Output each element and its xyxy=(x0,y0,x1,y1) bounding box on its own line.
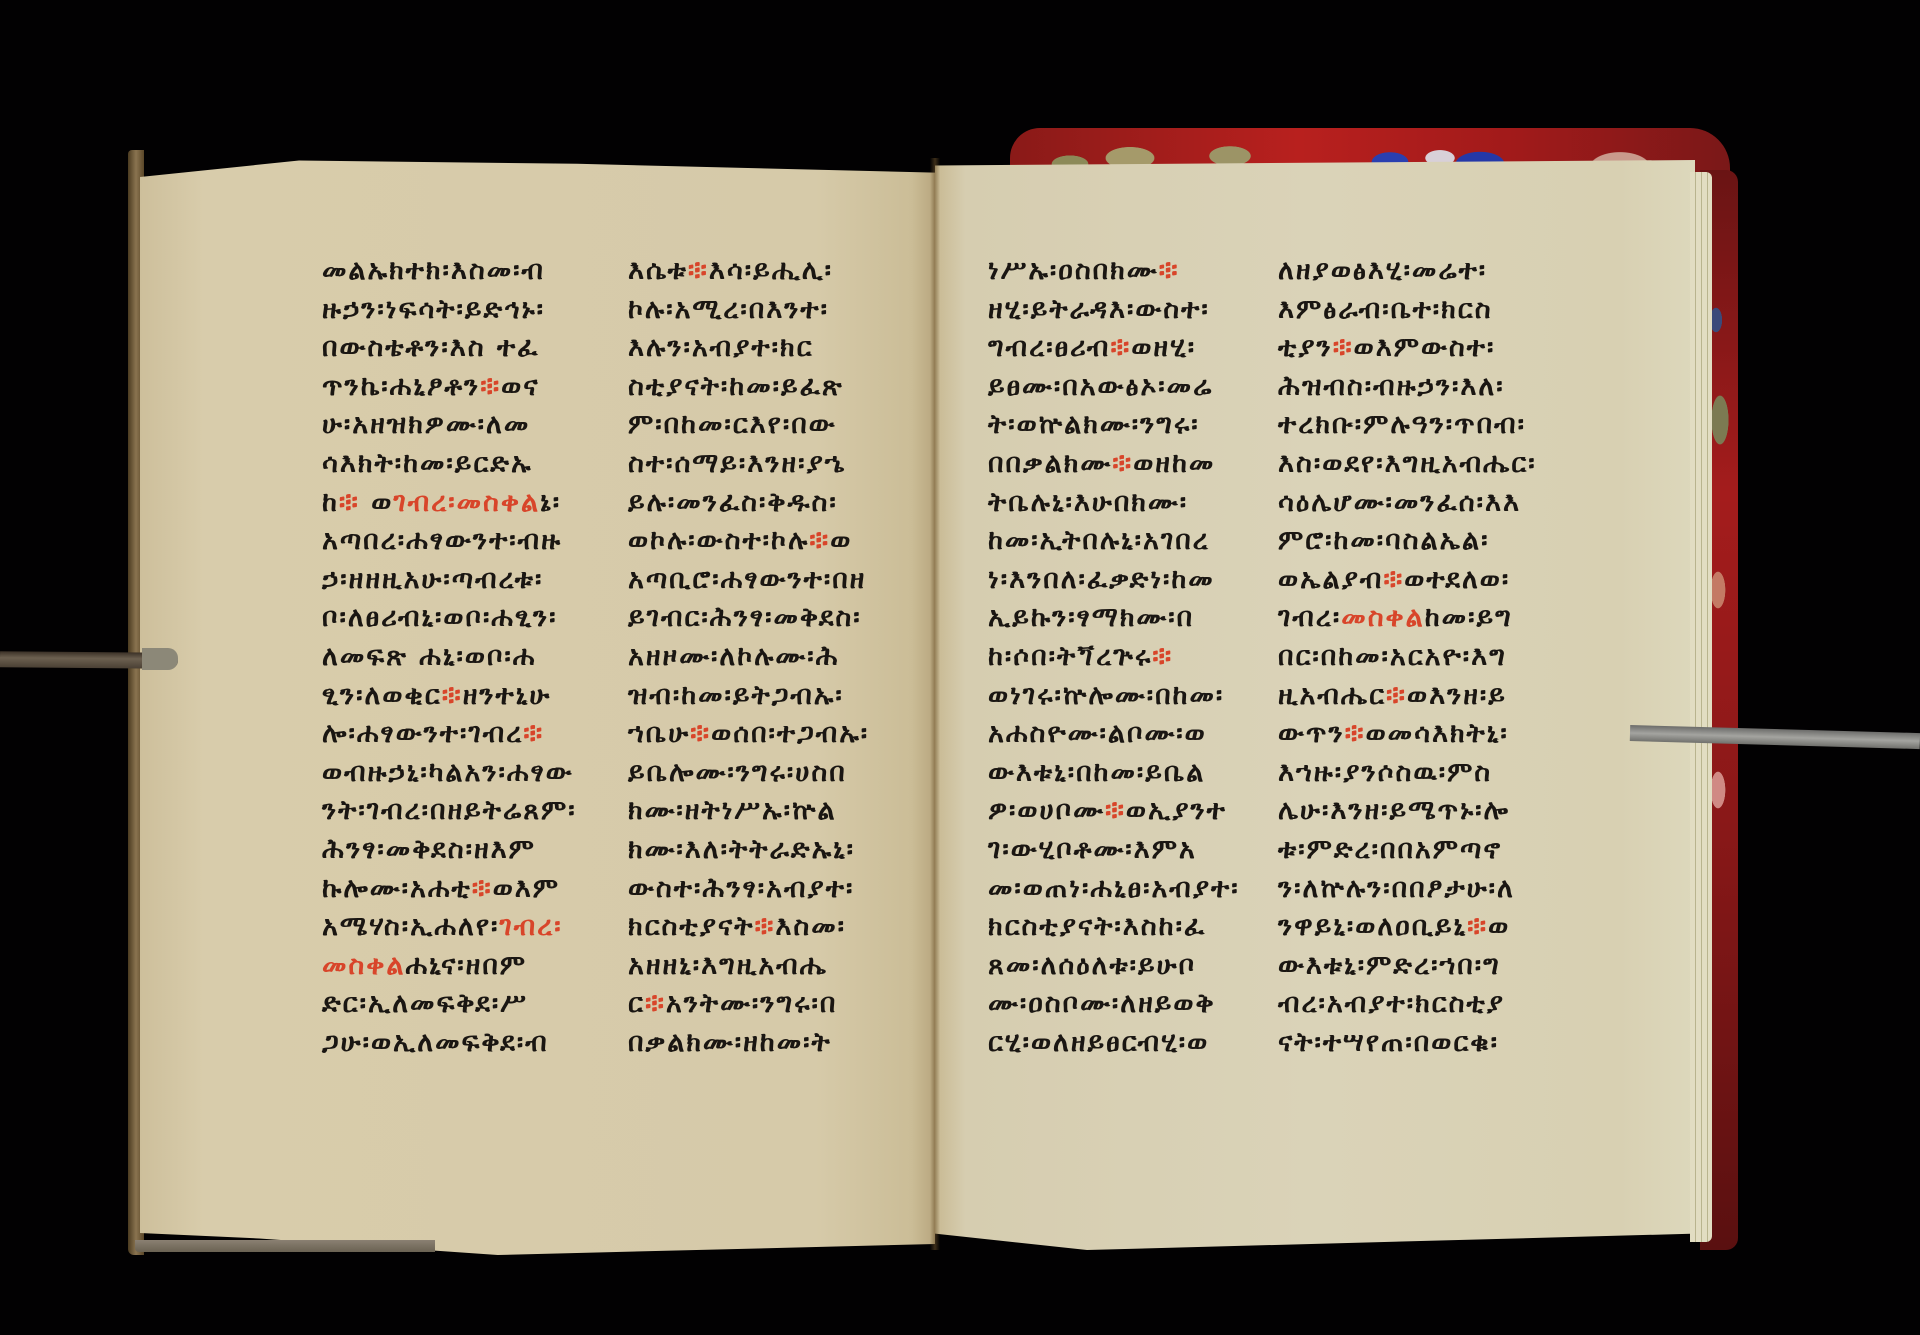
line-text: ወነገሩ፡ኵሎሙ፡በከመ፡ xyxy=(988,680,1224,711)
line-text-after: ወእም xyxy=(493,873,560,904)
line-text: ስቲያናት፡ከመ፡ይፈጽ xyxy=(628,371,844,402)
manuscript-line: ገ፡ውሂቦቶሙ፡እምአ xyxy=(988,831,1240,870)
manuscript-line: ተረክቡ፡ምሉዓን፡ጥበብ፡ xyxy=(1278,406,1537,445)
manuscript-line: ወኮሉ፡ውስተ፡ኮሉ፨ወ xyxy=(628,522,869,561)
line-text: ክሙ፡ዘትነሥኡ፡ኵል xyxy=(628,795,837,826)
manuscript-line: ይሉ፡መንፈስ፡ቅዱስ፡ xyxy=(628,484,869,523)
line-text: ሁ፡አዘዝክዎሙ፡ለመ xyxy=(322,409,530,440)
manuscript-line: አጣበረ፡ሐፃውንተ፡ብዙ xyxy=(322,522,577,561)
line-text-tail: ከመ፡ይግ xyxy=(1425,602,1513,633)
rubric-text: ገብረ፡ xyxy=(499,911,562,942)
line-text: ለዘያወፅእሂ፡መሬተ፡ xyxy=(1278,255,1487,286)
line-text: ጥንኬ፡ሐኒፆቶን xyxy=(322,371,480,402)
line-text: ር xyxy=(628,988,645,1019)
manuscript-line: ጋሁ፡ወኢለመፍቅደ፡ብ xyxy=(322,1024,577,1063)
line-text: አሜሃስ፡ኢሐለየ፡ xyxy=(322,911,499,942)
line-text: ጋሁ፡ወኢለመፍቅደ፡ብ xyxy=(322,1027,549,1058)
manuscript-line: ውስተ፡ሕንፃ፡አብያተ፡ xyxy=(628,870,869,909)
manuscript-line: መ፡ወጠነ፡ሐኒፀ፡አብያተ፡ xyxy=(988,870,1240,909)
punctuation-ornament-icon: ፨ xyxy=(1383,564,1404,595)
line-text: ሙ፡ዐስቦሙ፡ለዘይወቅ xyxy=(988,988,1216,1019)
line-text: በቃልክሙ፡ዘከመ፡ት xyxy=(628,1027,832,1058)
punctuation-ornament-icon: ፨ xyxy=(1345,718,1366,749)
manuscript-line: ክርስቲያናት፡እስከ፡ፈ xyxy=(988,908,1240,947)
line-text: ሌሁ፡እንዘ፡ይሜጥኑ፡ሎ xyxy=(1278,795,1510,826)
line-text: ቲያን xyxy=(1278,332,1333,363)
line-text: በውስቴቶን፡እስ ተፈ xyxy=(322,332,540,363)
manuscript-line: ቦ፡ለፀሪብኒ፡ወቦ፡ሐፂን፡ xyxy=(322,599,577,638)
line-text-after: ወኢያንተ xyxy=(1126,795,1227,826)
manuscript-line: ሙ፡ዐስቦሙ፡ለዘይወቅ xyxy=(988,985,1240,1024)
line-text: ጸመ፡ለሰዕለቱ፡ይሁቦ xyxy=(988,950,1196,981)
line-text: ሳዕሌሆሙ፡መንፈሰ፡እእ xyxy=(1278,487,1521,518)
line-text: ነሥኡ፡ዐስበክሙ xyxy=(988,255,1159,286)
manuscript-line: አዘዘኒ፡እግዚአብሔ xyxy=(628,947,869,986)
line-text: ይቤሎሙ፡ንግሩ፡ሀስበ xyxy=(628,757,847,788)
punctuation-ornament-icon: ፨ xyxy=(1110,332,1131,363)
manuscript-line: ዚአብሔር፨ወእንዘ፡ይ xyxy=(1278,677,1537,716)
manuscript-line: በውስቴቶን፡እስ ተፈ xyxy=(322,329,577,368)
manuscript-line: ጸመ፡ለሰዕለቱ፡ይሁቦ xyxy=(988,947,1240,986)
manuscript-line: ፂን፡ለወቂር፨ዘንተኒሁ xyxy=(322,677,577,716)
manuscript-line: ሕንፃ፡መቅደስ፡ዘእም xyxy=(322,831,577,870)
manuscript-line: ሎ፡ሐፃውንተ፡ገብረ፨ xyxy=(322,715,577,754)
manuscript-line: ቱ፡ምድረ፡በበአምጣኖ xyxy=(1278,831,1537,870)
manuscript-line: እሴቱ፨እሳ፡ይሒሊ፡ xyxy=(628,252,869,291)
punctuation-ornament-icon: ፨ xyxy=(809,525,830,556)
line-text: አጣበረ፡ሐፃውንተ፡ብዙ xyxy=(322,525,562,556)
line-text: ንዋይኒ፡ወለዐቢይኒ xyxy=(1278,911,1467,942)
line-text: አጣቢሮ፡ሐፃውንተ፡በዘ xyxy=(628,564,866,595)
manuscript-line: አጣቢሮ፡ሐፃውንተ፡በዘ xyxy=(628,561,869,600)
line-text: በር፡በከመ፡አርአዮ፡እግ xyxy=(1278,641,1507,672)
line-text: ለመፍጽ ሐኒ፡ወቦ፡ሐ xyxy=(322,641,536,672)
manuscript-line: ም፡በከመ፡ርእየ፡በው xyxy=(628,406,869,445)
manuscript-line: ኮሉ፡አሚረ፡በእንተ፡ xyxy=(628,291,869,330)
line-text: ከ፡ሶበ፡ትጘረጕሩ xyxy=(988,641,1152,672)
manuscript-line: ስተ፡ሰማይ፡እንዘ፡ያኄ xyxy=(628,445,869,484)
manuscript-line: ድር፡ኢለመፍቅደ፡ሥ xyxy=(322,985,577,1024)
rubric-text: መስቀል xyxy=(322,950,406,981)
punctuation-ornament-icon: ፨ xyxy=(688,255,709,286)
line-text: ም፡በከመ፡ርእየ፡በው xyxy=(628,409,837,440)
line-text: ናት፡ተሣየጠ፡በወርቁ፡ xyxy=(1278,1027,1499,1058)
line-text: ት፡ወኵልክሙ፡ንግሩ፡ xyxy=(988,409,1200,440)
line-text: እምፅራብ፡ቤተ፡ክርስ xyxy=(1278,294,1493,325)
line-text: ምሮ፡ከመ፡ባስልኤል፡ xyxy=(1278,525,1489,556)
line-text: ቱ፡ምድረ፡በበአምጣኖ xyxy=(1278,834,1502,865)
line-text: ግብረ፡ፀሪብ xyxy=(988,332,1110,363)
line-text: እስ፡ወደየ፡እግዚአብሔር፡ xyxy=(1278,448,1537,479)
line-text-after: ወእንዘ፡ይ xyxy=(1407,680,1507,711)
line-text: ኮሉ፡አሚረ፡በእንተ፡ xyxy=(628,294,829,325)
manuscript-line: ንዋይኒ፡ወለዐቢይኒ፨ወ xyxy=(1278,908,1537,947)
line-text: ከ xyxy=(322,487,339,518)
line-text-after: ወተደለወ፡ xyxy=(1404,564,1510,595)
manuscript-line: እሉን፡አብያተ፡ክር xyxy=(628,329,869,368)
manuscript-line: ከመ፡ኢትበሉኒ፡አገበረ xyxy=(988,522,1240,561)
manuscript-line: ወኤልያብ፨ወተደለወ፡ xyxy=(1278,561,1537,600)
manuscript-line: ነሥኡ፡ዐስበክሙ፨ xyxy=(988,252,1240,291)
line-text: አዘዘኒ፡እግዚአብሔ xyxy=(628,950,828,981)
line-text: ወኮሉ፡ውስተ፡ኮሉ xyxy=(628,525,809,556)
manuscript-line: ገብረ፡መስቀልከመ፡ይግ xyxy=(1278,599,1537,638)
line-text: ውእቱኒ፡በከመ፡ይቤል xyxy=(988,757,1205,788)
punctuation-ornament-icon: ፨ xyxy=(690,718,711,749)
line-text: ንት፡ገብረ፡በዘይትሬጸም፡ xyxy=(322,795,577,826)
line-text: ሕዝብስ፡ብዙኃን፡እለ፡ xyxy=(1278,371,1505,402)
manuscript-line: ዘሂ፡ይትራዳእ፡ውስተ፡ xyxy=(988,291,1240,330)
line-text: ፂን፡ለወቂር xyxy=(322,680,442,711)
line-text: እሉን፡አብያተ፡ክር xyxy=(628,332,814,363)
line-text: ይሉ፡መንፈስ፡ቅዱስ፡ xyxy=(628,487,838,518)
manuscript-line: ምሮ፡ከመ፡ባስልኤል፡ xyxy=(1278,522,1537,561)
line-text: ብረ፡አብያተ፡ክርስቲያ xyxy=(1278,988,1505,1019)
left-page-bottom-edge xyxy=(135,1240,435,1252)
line-text: ኀቤሁ xyxy=(628,718,690,749)
manuscript-line: ሳዕሌሆሙ፡መንፈሰ፡እእ xyxy=(1278,484,1537,523)
manuscript-line: ለዘያወፅእሂ፡መሬተ፡ xyxy=(1278,252,1537,291)
manuscript-line: ናት፡ተሣየጠ፡በወርቁ፡ xyxy=(1278,1024,1537,1063)
line-text-after: ወመሳእክትኒ፡ xyxy=(1366,718,1509,749)
manuscript-line: ይገብር፡ሕንፃ፡መቅደስ፡ xyxy=(628,599,869,638)
manuscript-line: ዝብ፡ከመ፡ይትጋብኡ፡ xyxy=(628,677,869,716)
line-text-after: አንትሙ፡ንግሩ፡በ xyxy=(666,988,837,1019)
line-text: ክርስቲያናት xyxy=(628,911,754,942)
manuscript-line: ንት፡ገብረ፡በዘይትሬጸም፡ xyxy=(322,792,577,831)
punctuation-ornament-icon: ፨ xyxy=(1386,680,1407,711)
line-text: ሐኒና፡ዘበም xyxy=(406,950,528,981)
line-text: ተረክቡ፡ምሉዓን፡ጥበብ፡ xyxy=(1278,409,1526,440)
manuscript-line: እኀዙ፡ያንሶስዉ፡ምስ xyxy=(1278,754,1537,793)
manuscript-line: ቲያን፨ወእምውስተ፡ xyxy=(1278,329,1537,368)
line-text: ገብረ፡ xyxy=(1278,602,1341,633)
line-text-after: ዘንተኒሁ xyxy=(463,680,552,711)
manuscript-line: አሐስዮሙ፡ልቦሙ፡ወ xyxy=(988,715,1240,754)
line-text: ነ፡እንበለ፡ፈቃድነ፡ከመ xyxy=(988,564,1215,595)
manuscript-line: ኩሎሙ፡አሐቲ፨ወእም xyxy=(322,870,577,909)
manuscript-line: ከ፨ ወገብረ፡መስቀልኔ፡ xyxy=(322,484,577,523)
manuscript-line: እስ፡ወደየ፡እግዚአብሔር፡ xyxy=(1278,445,1537,484)
line-text: ዙኃን፡ነፍሳት፡ይድኅኑ፡ xyxy=(322,294,545,325)
text-column-2: እሴቱ፨እሳ፡ይሒሊ፡ኮሉ፡አሚረ፡በእንተ፡እሉን፡አብያተ፡ክርስቲያናት፡… xyxy=(628,252,869,1062)
manuscript-line: ከ፡ሶበ፡ትጘረጕሩ፨ xyxy=(988,638,1240,677)
punctuation-ornament-icon: ፨ xyxy=(472,873,493,904)
punctuation-ornament-icon: ፨ xyxy=(480,371,501,402)
manuscript-line: አሜሃስ፡ኢሐለየ፡ገብረ፡ xyxy=(322,908,577,947)
manuscript-line: ይቤሎሙ፡ንግሩ፡ሀስበ xyxy=(628,754,869,793)
manuscript-line: በር፡በከመ፡አርአዮ፡እግ xyxy=(1278,638,1537,677)
line-text: ን፡ለኵሉን፡በበፆታሁ፡ለ xyxy=(1278,873,1515,904)
manuscript-line: ኀቤሁ፨ወሰበ፡ተጋብኡ፡ xyxy=(628,715,869,754)
manuscript-line: ጥንኬ፡ሐኒፆቶን፨ወና xyxy=(322,368,577,407)
manuscript-line: ለመፍጽ ሐኒ፡ወቦ፡ሐ xyxy=(322,638,577,677)
manuscript-line: አዘዞሙ፡ለኮሉሙ፡ሕ xyxy=(628,638,869,677)
line-text: ገ፡ውሂቦቶሙ፡እምአ xyxy=(988,834,1197,865)
line-text-tail: ኔ፡ xyxy=(540,487,561,518)
manuscript-line: ውእቱኒ፡ምድረ፡ኀበ፡ግ xyxy=(1278,947,1537,986)
line-text: ኢይኩን፡ፃማክሙ፡በ xyxy=(988,602,1194,633)
line-text: ከመ፡ኢትበሉኒ፡አገበረ xyxy=(988,525,1210,556)
manuscript-line: መስቀልሐኒና፡ዘበም xyxy=(322,947,577,986)
manuscript-line: እምፅራብ፡ቤተ፡ክርስ xyxy=(1278,291,1537,330)
line-text-after: እሳ፡ይሒሊ፡ xyxy=(709,255,833,286)
manuscript-line: ክርስቲያናት፨እስመ፡ xyxy=(628,908,869,947)
book-gutter xyxy=(930,158,940,1250)
line-text: ሎ፡ሐፃውንተ፡ገብረ xyxy=(322,718,523,749)
line-text: በበቃልክሙ xyxy=(988,448,1112,479)
manuscript-line: ነ፡እንበለ፡ፈቃድነ፡ከመ xyxy=(988,561,1240,600)
manuscript-line: ውጥን፨ወመሳእክትኒ፡ xyxy=(1278,715,1537,754)
manuscript-line: መልኡክተክ፡እስመ፡ብ xyxy=(322,252,577,291)
punctuation-ornament-icon: ፨ xyxy=(645,988,666,1019)
line-text-after: ወእምውስተ፡ xyxy=(1354,332,1496,363)
line-text: አሐስዮሙ፡ልቦሙ፡ወ xyxy=(988,718,1207,749)
line-text-after: ወ xyxy=(1488,911,1510,942)
rubric-text: መስቀል xyxy=(1341,602,1425,633)
line-text: ቦ፡ለፀሪብኒ፡ወቦ፡ሐፂን፡ xyxy=(322,602,558,633)
line-text: ሕንፃ፡መቅደስ፡ዘእም xyxy=(322,834,536,865)
punctuation-ornament-icon: ፨ xyxy=(1159,255,1180,286)
manuscript-line: ት፡ወኵልክሙ፡ንግሩ፡ xyxy=(988,406,1240,445)
line-text: ርሂ፡ወለዘይፀርብሂ፡ወ xyxy=(988,1027,1209,1058)
line-text: ትቤሉኒ፡እሁበክሙ፡ xyxy=(988,487,1188,518)
manuscript-line: ወብዙኃኒ፡ካልአን፡ሐፃው xyxy=(322,754,577,793)
line-text: ኃ፡ዘዘዚአሁ፡ጣብረቱ፡ xyxy=(322,564,543,595)
text-column-1: መልኡክተክ፡እስመ፡ብዙኃን፡ነፍሳት፡ይድኅኑ፡በውስቴቶን፡እስ ተፈጥን… xyxy=(322,252,577,1062)
manuscript-line: ር፨አንትሙ፡ንግሩ፡በ xyxy=(628,985,869,1024)
line-text: ይገብር፡ሕንፃ፡መቅደስ፡ xyxy=(628,602,862,633)
line-text: መ፡ወጠነ፡ሐኒፀ፡አብያተ፡ xyxy=(988,873,1240,904)
punctuation-ornament-icon: ፨ xyxy=(1105,795,1126,826)
line-text: ወኤልያብ xyxy=(1278,564,1383,595)
text-column-4: ለዘያወፅእሂ፡መሬተ፡እምፅራብ፡ቤተ፡ክርስቲያን፨ወእምውስተ፡ሕዝብስ፡… xyxy=(1278,252,1537,1062)
page-stack-edges xyxy=(1690,172,1712,1242)
line-text: ዚአብሔር xyxy=(1278,680,1386,711)
line-text-after: ወ xyxy=(830,525,852,556)
punctuation-ornament-icon: ፨ xyxy=(523,718,544,749)
line-text-after: ወዘሂ፡ xyxy=(1131,332,1196,363)
punctuation-ornament-icon: ፨ xyxy=(754,911,775,942)
manuscript-line: ይፀሙ፡በአውፅኦ፡መሬ xyxy=(988,368,1240,407)
line-text: ውጥን xyxy=(1278,718,1345,749)
manuscript-line: ክሙ፡ዘትነሥኡ፡ኵል xyxy=(628,792,869,831)
line-text-after: ወሰበ፡ተጋብኡ፡ xyxy=(711,718,869,749)
line-text: ውስተ፡ሕንፃ፡አብያተ፡ xyxy=(628,873,854,904)
line-text: ድር፡ኢለመፍቅደ፡ሥ xyxy=(322,988,528,1019)
punctuation-ornament-icon: ፨ xyxy=(1467,911,1488,942)
line-text-after: እስመ፡ xyxy=(775,911,846,942)
manuscript-photo: መልኡክተክ፡እስመ፡ብዙኃን፡ነፍሳት፡ይድኅኑ፡በውስቴቶን፡እስ ተፈጥን… xyxy=(0,0,1920,1335)
line-text: ኩሎሙ፡አሐቲ xyxy=(322,873,472,904)
manuscript-line: ኃ፡ዘዘዚአሁ፡ጣብረቱ፡ xyxy=(322,561,577,600)
manuscript-line: ርሂ፡ወለዘይፀርብሂ፡ወ xyxy=(988,1024,1240,1063)
manuscript-line: ውእቱኒ፡በከመ፡ይቤል xyxy=(988,754,1240,793)
manuscript-line: ሳእክት፡ከመ፡ይርድኡ xyxy=(322,445,577,484)
line-text: ስተ፡ሰማይ፡እንዘ፡ያኄ xyxy=(628,448,846,479)
line-text: ውእቱኒ፡ምድረ፡ኀበ፡ግ xyxy=(1278,950,1501,981)
line-text-after: ወና xyxy=(501,371,539,402)
line-text: ክርስቲያናት፡እስከ፡ፈ xyxy=(988,911,1206,942)
line-text: መልኡክተክ፡እስመ፡ብ xyxy=(322,255,545,286)
manuscript-line: ግብረ፡ፀሪብ፨ወዘሂ፡ xyxy=(988,329,1240,368)
manuscript-line: ትቤሉኒ፡እሁበክሙ፡ xyxy=(988,484,1240,523)
manuscript-line: ስቲያናት፡ከመ፡ይፈጽ xyxy=(628,368,869,407)
line-text: እሴቱ xyxy=(628,255,688,286)
text-column-3: ነሥኡ፡ዐስበክሙ፨ዘሂ፡ይትራዳእ፡ውስተ፡ግብረ፡ፀሪብ፨ወዘሂ፡ይፀሙ፡በ… xyxy=(988,252,1240,1062)
line-text: ዎ፡ወሀቦሙ xyxy=(988,795,1105,826)
rubric-text: ገብረ፡መስቀል xyxy=(393,487,540,518)
manuscript-line: ወነገሩ፡ኵሎሙ፡በከመ፡ xyxy=(988,677,1240,716)
line-text-after: ወ xyxy=(360,487,394,518)
punctuation-ornament-icon: ፨ xyxy=(1152,641,1173,672)
manuscript-line: በበቃልክሙ፨ወዘከመ xyxy=(988,445,1240,484)
manuscript-line: ን፡ለኵሉን፡በበፆታሁ፡ለ xyxy=(1278,870,1537,909)
line-text: ሳእክት፡ከመ፡ይርድኡ xyxy=(322,448,533,479)
manuscript-line: ሕዝብስ፡ብዙኃን፡እለ፡ xyxy=(1278,368,1537,407)
line-text: አዘዞሙ፡ለኮሉሙ፡ሕ xyxy=(628,641,840,672)
line-text: ዘሂ፡ይትራዳእ፡ውስተ፡ xyxy=(988,294,1210,325)
manuscript-line: ዎ፡ወሀቦሙ፨ወኢያንተ xyxy=(988,792,1240,831)
manuscript-line: በቃልክሙ፡ዘከመ፡ት xyxy=(628,1024,869,1063)
manuscript-line: ክሙ፡እለ፡ትትራድኡኒ፡ xyxy=(628,831,869,870)
manuscript-line: ብረ፡አብያተ፡ክርስቲያ xyxy=(1278,985,1537,1024)
manuscript-line: ሁ፡አዘዝክዎሙ፡ለመ xyxy=(322,406,577,445)
line-text-after: ወዘከመ xyxy=(1133,448,1215,479)
line-text: ዝብ፡ከመ፡ይትጋብኡ፡ xyxy=(628,680,844,711)
punctuation-ornament-icon: ፨ xyxy=(339,487,360,518)
manuscript-line: ዙኃን፡ነፍሳት፡ይድኅኑ፡ xyxy=(322,291,577,330)
line-text: ክሙ፡እለ፡ትትራድኡኒ፡ xyxy=(628,834,855,865)
manuscript-line: ሌሁ፡እንዘ፡ይሜጥኑ፡ሎ xyxy=(1278,792,1537,831)
punctuation-ornament-icon: ፨ xyxy=(1333,332,1354,363)
line-text: እኀዙ፡ያንሶስዉ፡ምስ xyxy=(1278,757,1492,788)
line-text: ይፀሙ፡በአውፅኦ፡መሬ xyxy=(988,371,1213,402)
bookmark-ribbon-left-tip[interactable] xyxy=(142,648,178,670)
punctuation-ornament-icon: ፨ xyxy=(442,680,463,711)
line-text: ወብዙኃኒ፡ካልአን፡ሐፃው xyxy=(322,757,574,788)
manuscript-line: ኢይኩን፡ፃማክሙ፡በ xyxy=(988,599,1240,638)
punctuation-ornament-icon: ፨ xyxy=(1112,448,1133,479)
